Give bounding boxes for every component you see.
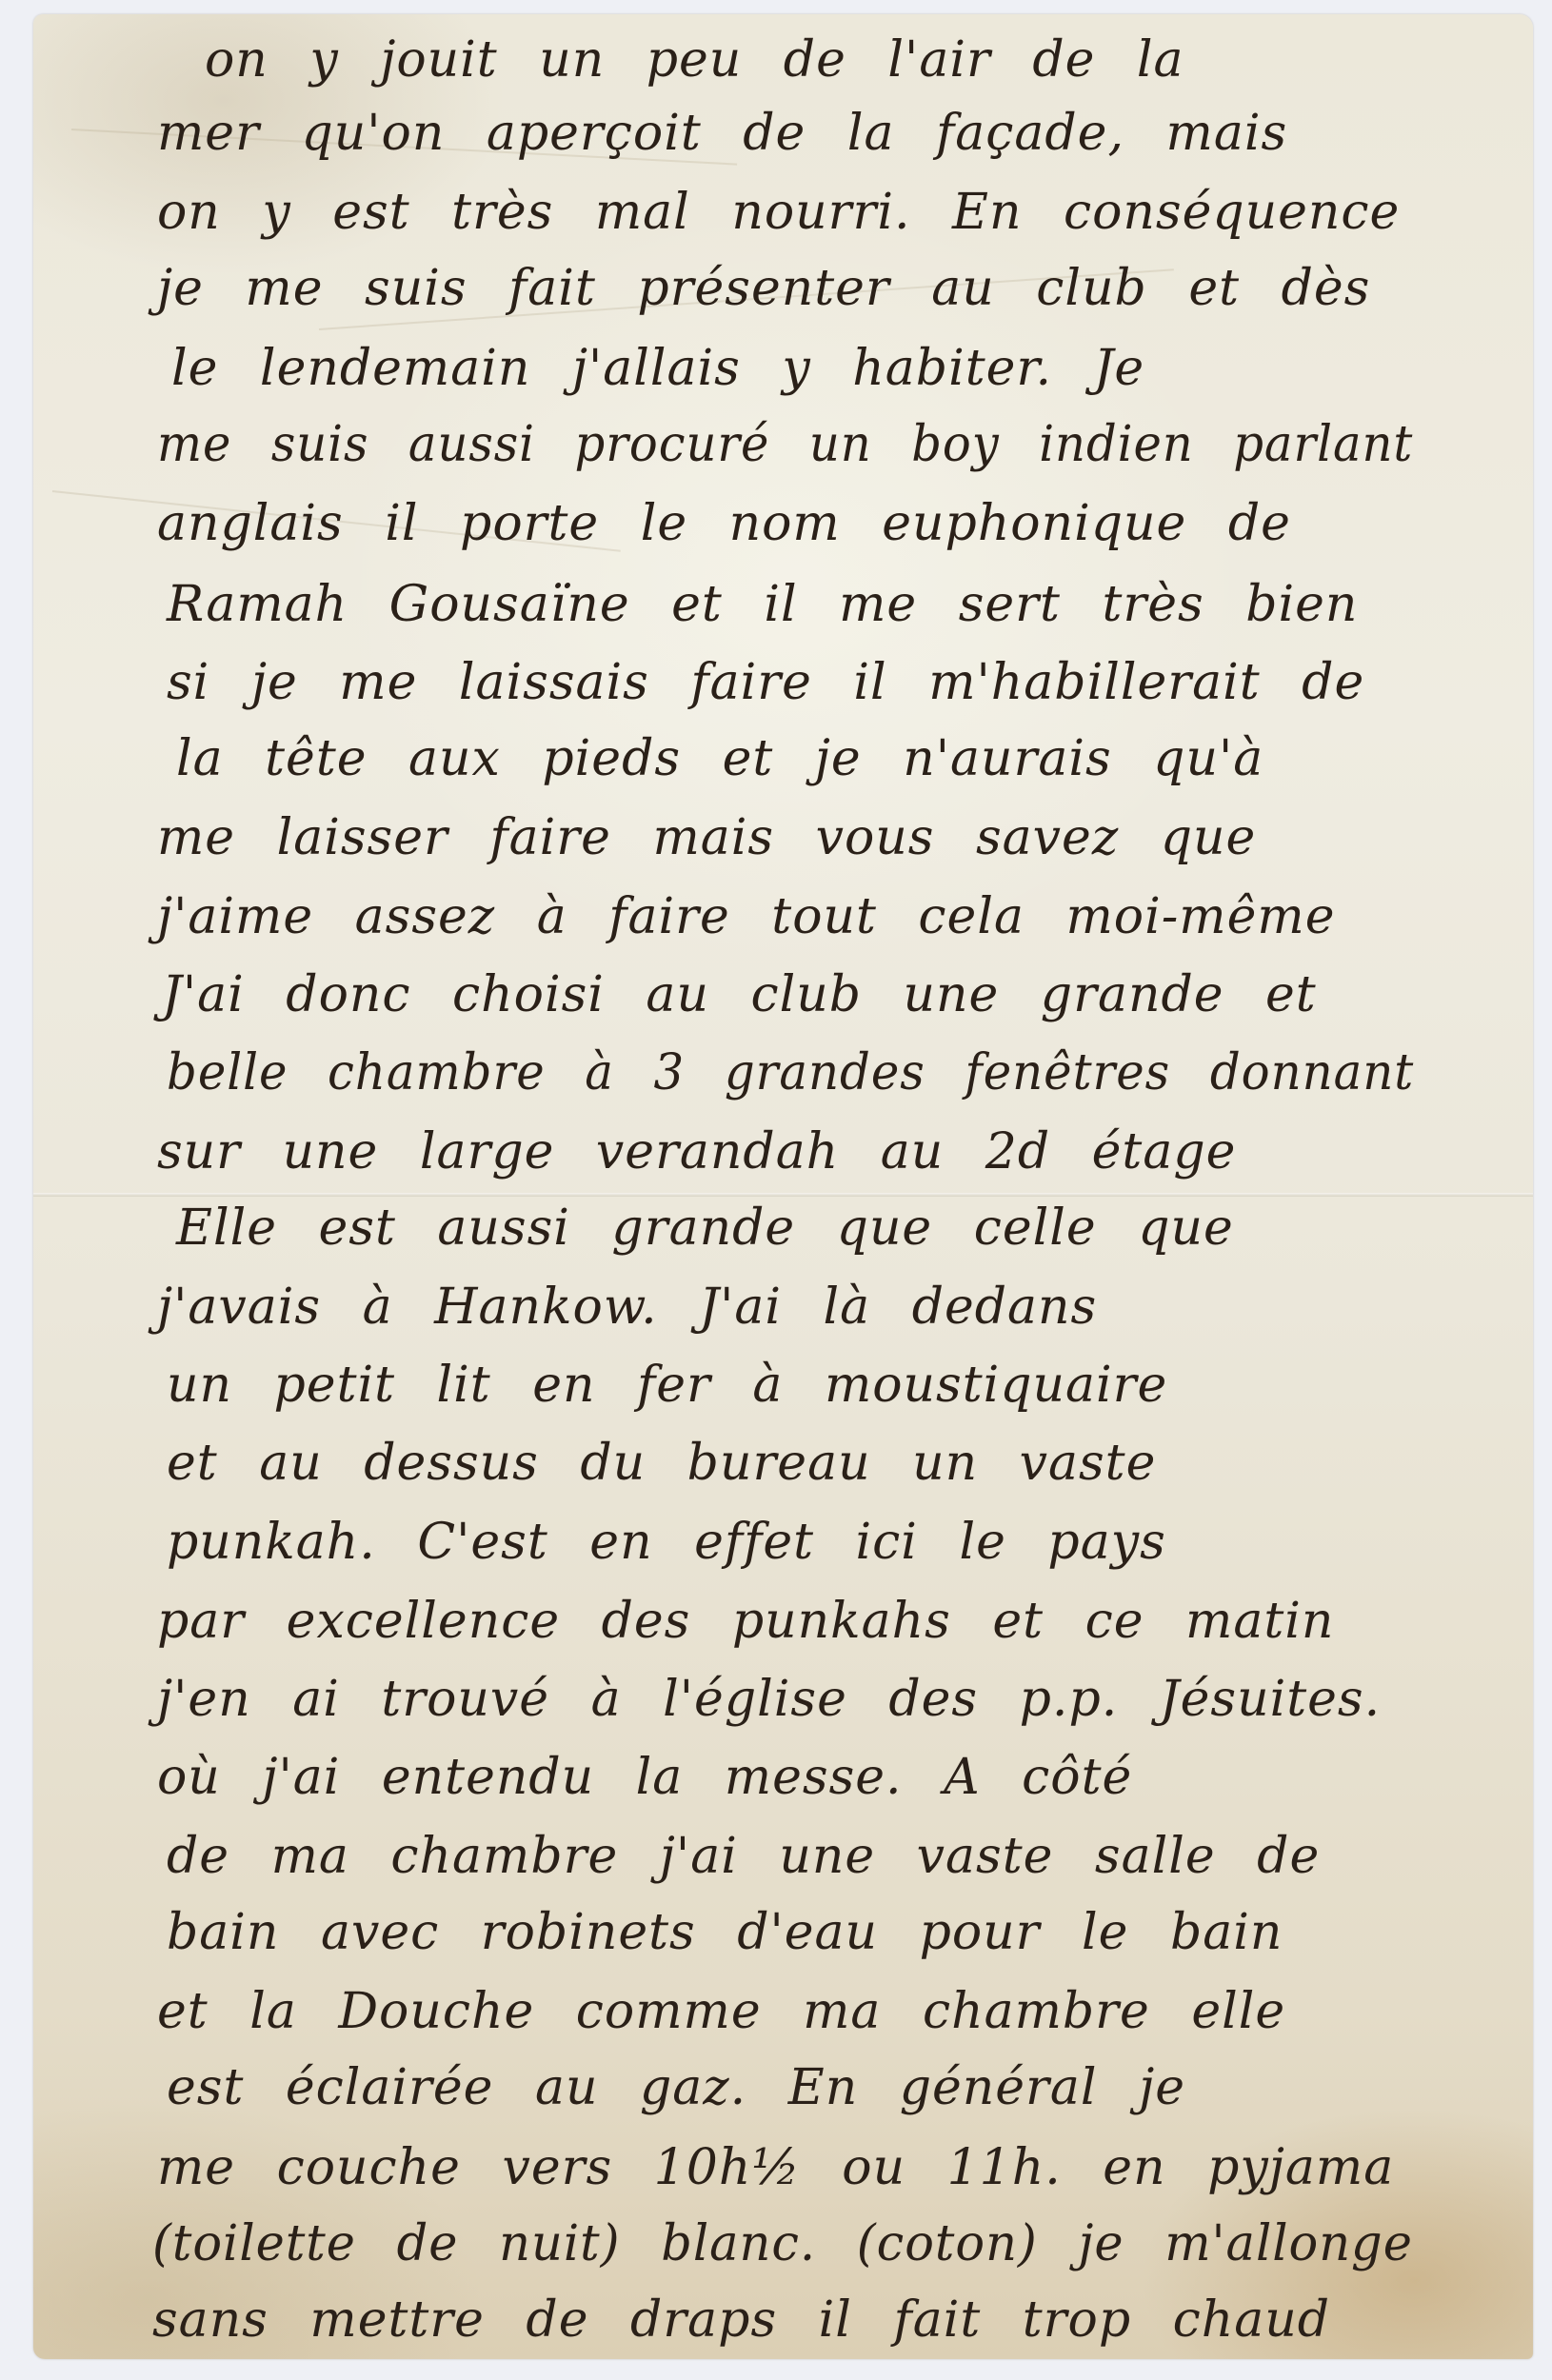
text-line: me couche vers 10h½ ou 11h. en pyjama xyxy=(157,2139,1394,2196)
text-line: on y est très mal nourri. En conséquence xyxy=(157,184,1400,241)
text-line: Ramah Gousaïne et il me sert très bien xyxy=(167,576,1358,633)
text-line: j'aime assez à faire tout cela moi-même xyxy=(157,888,1335,945)
text-line: où j'ai entendu la messe. A côté xyxy=(157,1749,1132,1806)
text-line: sur une large verandah au 2d étage xyxy=(157,1123,1236,1180)
letter-page: on y jouit un peu de l'air de la mer qu'… xyxy=(33,14,1533,2359)
text-line: J'ai donc choisi au club une grande et xyxy=(162,966,1317,1023)
handwritten-text: on y jouit un peu de l'air de la mer qu'… xyxy=(33,14,1533,2359)
text-line: de ma chambre j'ai une vaste salle de xyxy=(167,1828,1320,1885)
text-line: me suis aussi procuré un boy indien parl… xyxy=(157,416,1413,473)
text-line: et la Douche comme ma chambre elle xyxy=(157,1983,1285,2040)
text-line: anglais il porte le nom euphonique de xyxy=(157,495,1291,552)
text-line: me laisser faire mais vous savez que xyxy=(157,809,1256,866)
text-line: par excellence des punkahs et ce matin xyxy=(157,1593,1334,1650)
text-line: mer qu'on aperçoit de la façade, mais xyxy=(157,105,1287,162)
text-line: est éclairée au gaz. En général je xyxy=(167,2059,1185,2116)
text-line: on y jouit un peu de l'air de la xyxy=(205,31,1184,89)
text-line: je me suis fait présenter au club et dès xyxy=(157,260,1370,317)
text-line: et au dessus du bureau un vaste xyxy=(167,1435,1156,1492)
text-line: si je me laissais faire il m'habillerait… xyxy=(167,654,1364,711)
text-line: Elle est aussi grande que celle que xyxy=(176,1200,1234,1257)
text-line: sans mettre de draps il fait trop chaud xyxy=(152,2291,1330,2349)
text-line: la tête aux pieds et je n'aurais qu'à xyxy=(176,730,1263,787)
text-line: j'avais à Hankow. J'ai là dedans xyxy=(157,1279,1097,1336)
text-line: (toilette de nuit) blanc. (coton) je m'a… xyxy=(152,2215,1413,2272)
text-line: le lendemain j'allais y habiter. Je xyxy=(171,340,1144,397)
text-line: bain avec robinets d'eau pour le bain xyxy=(167,1904,1283,1961)
text-line: belle chambre à 3 grandes fenêtres donna… xyxy=(167,1044,1414,1101)
text-line: punkah. C'est en effet ici le pays xyxy=(167,1514,1166,1571)
text-line: j'en ai trouvé à l'église des p.p. Jésui… xyxy=(157,1671,1381,1728)
text-line: un petit lit en fer à moustiquaire xyxy=(167,1357,1167,1414)
